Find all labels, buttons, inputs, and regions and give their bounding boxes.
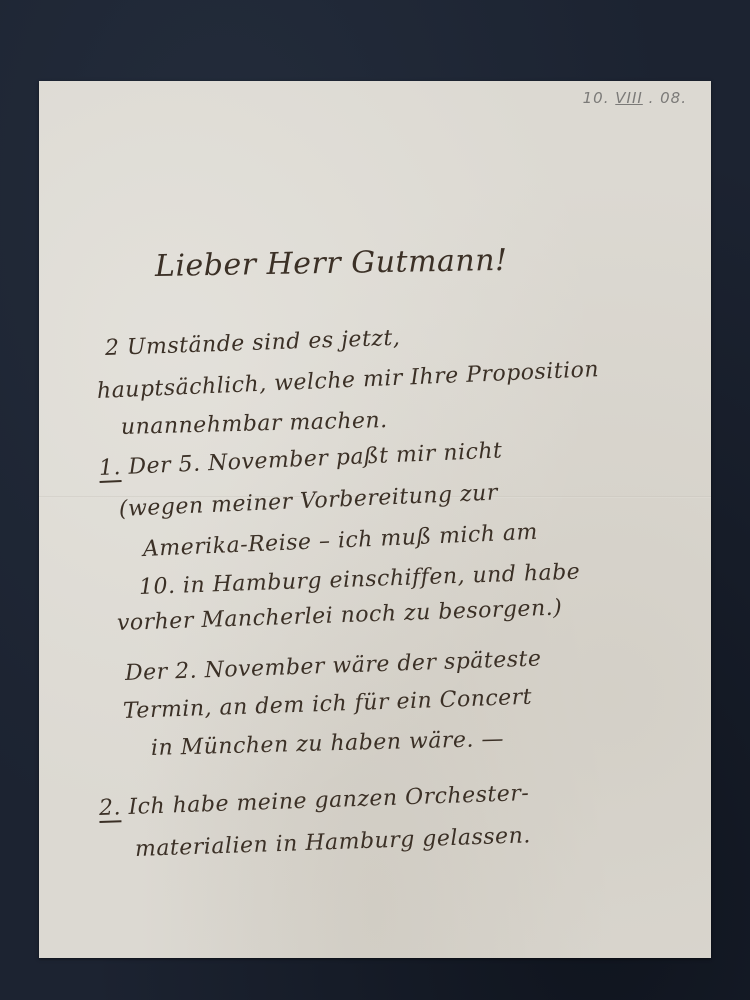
letter-line: 10. in Hamburg einschiffen, und habe xyxy=(139,560,581,600)
letter-line: vorher Mancherlei noch zu besorgen.) xyxy=(117,595,563,636)
archival-date-year: . 08. xyxy=(649,89,687,107)
archival-date-day: 10. xyxy=(583,89,610,107)
letter-line: in München zu haben wäre. — xyxy=(151,727,505,761)
letter-line: Amerika-Reise – ich muß mich am xyxy=(142,520,538,562)
letter-line: Termin, an dem ich für ein Concert xyxy=(123,685,533,724)
letter-line: Der 2. November wäre der späteste xyxy=(125,646,542,686)
point-text: Ich habe meine ganzen Orchester- xyxy=(128,781,530,820)
letter-line: materialien in Hamburg gelassen. xyxy=(135,823,532,862)
letter-line: 2 Umstände sind es jetzt, xyxy=(105,326,401,361)
letter-line: hauptsächlich, welche mir Ihre Propositi… xyxy=(96,357,599,404)
archival-date-note: 10. VIII . 08. xyxy=(583,89,687,107)
letter-line: (wegen meiner Vorbereitung zur xyxy=(118,480,498,522)
letter-salutation: Lieber Herr Gutmann! xyxy=(155,243,508,284)
letter-line-numbered: 2. Ich habe meine ganzen Orchester- xyxy=(99,781,530,821)
point-number: 1. xyxy=(98,455,121,481)
archival-date-month: VIII xyxy=(615,89,643,107)
point-text: Der 5. November paßt mir nicht xyxy=(128,438,503,479)
point-number: 2. xyxy=(99,795,122,821)
letter-line: unannehmbar machen. xyxy=(121,408,388,440)
letter-sheet: 10. VIII . 08. Lieber Herr Gutmann! 2 Um… xyxy=(39,81,711,958)
letter-line-numbered: 1. Der 5. November paßt mir nicht xyxy=(98,438,502,481)
